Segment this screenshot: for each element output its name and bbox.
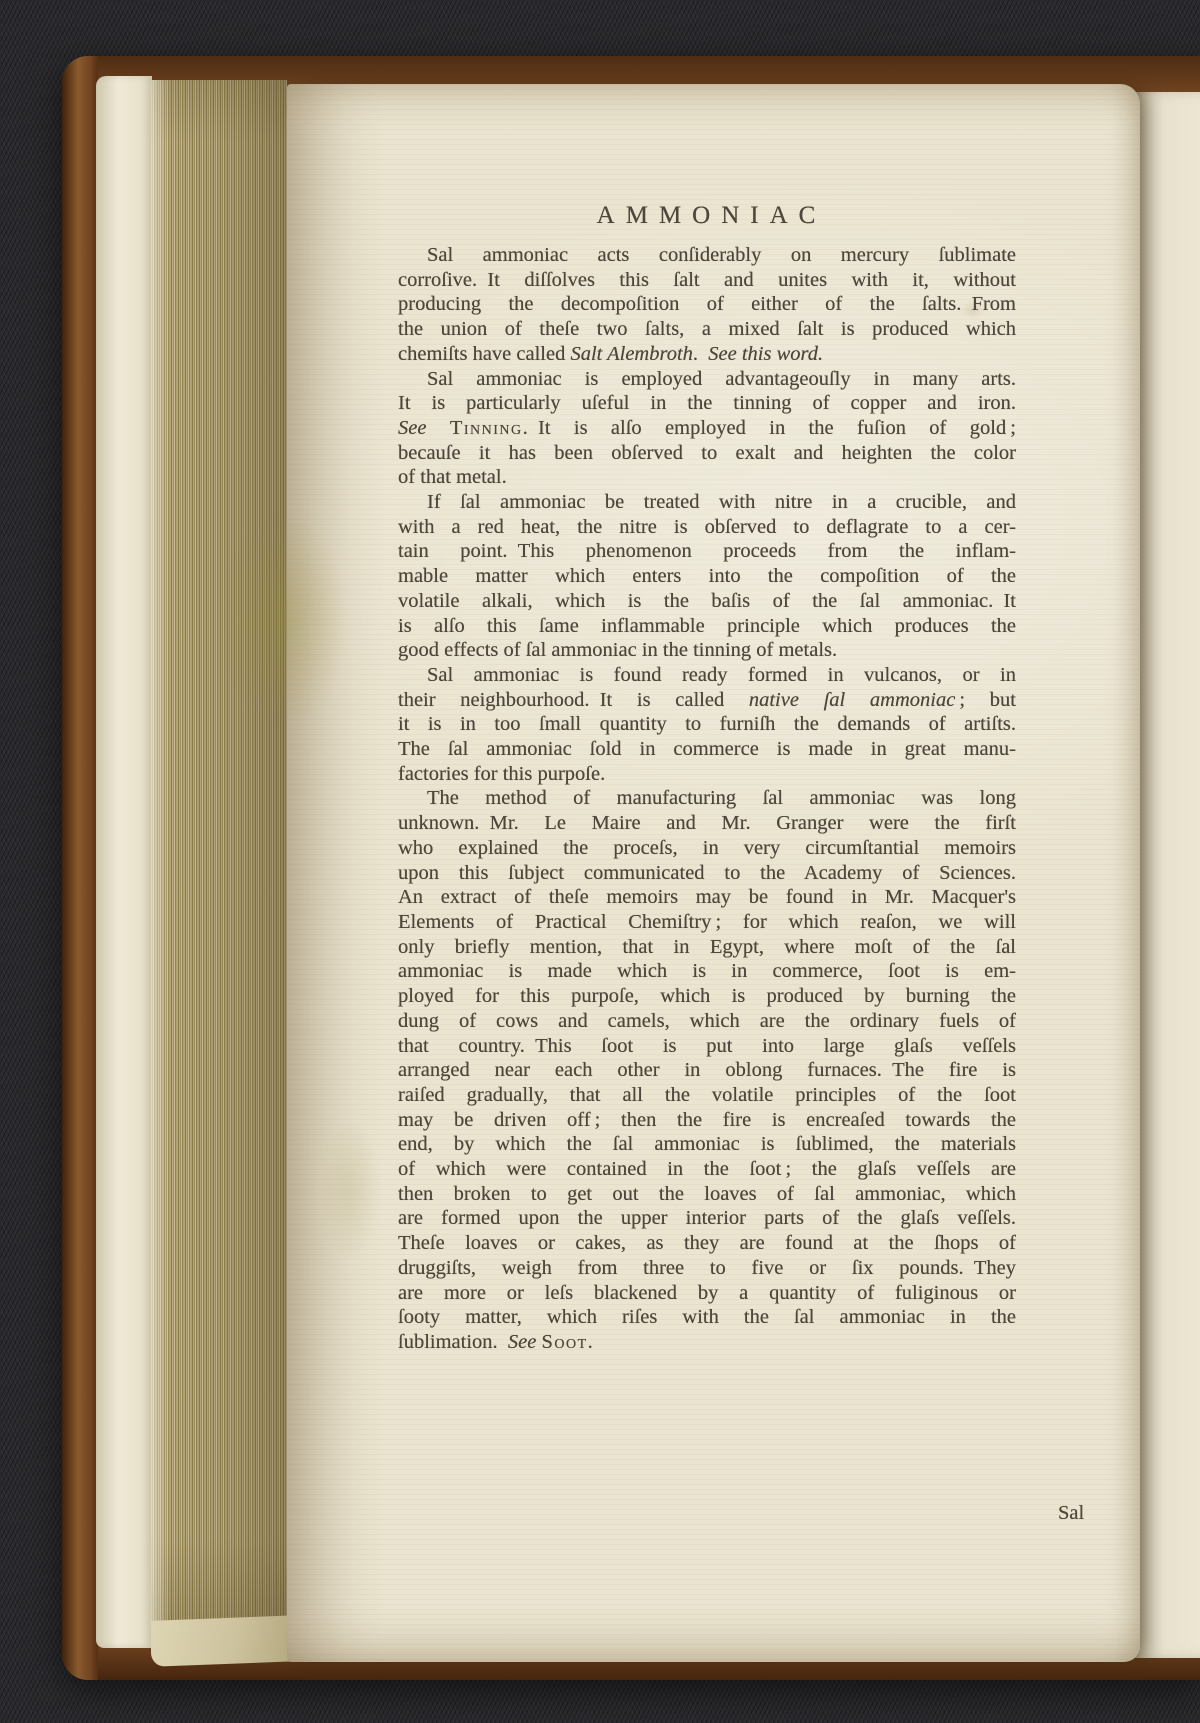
body-text-segment: If ſal ammoniac be treated with nitre in… [427, 491, 1016, 513]
italic-text: See [508, 1331, 536, 1353]
text-line: is alſo this ſame inflammable principle … [398, 614, 1016, 639]
text-line: of that metal. [398, 465, 1016, 490]
body-text-segment: An extract of theſe memoirs may be found… [398, 886, 1016, 908]
next-page-edge [1132, 92, 1200, 1658]
body-text-segment: then broken to get out the loaves of ſal… [398, 1183, 1016, 1205]
paragraph: If ſal ammoniac be treated with nitre in… [398, 490, 1016, 663]
paragraph: Sal ammoniac is employed advantageouſly … [398, 367, 1016, 491]
text-line: The method of manufacturing ſal ammoniac… [398, 786, 1016, 811]
body-text-segment: Sal ammoniac is found ready formed in vu… [427, 664, 1016, 686]
body-text-segment: unknown. Mr. Le Maire and Mr. Granger we… [398, 812, 1016, 834]
body-text-segment: arranged near each other in oblong furna… [398, 1059, 1016, 1081]
text-line: ployed for this purpoſe, which is produc… [398, 984, 1016, 1009]
inner-page-curve [96, 76, 152, 1648]
body-text-segment: ployed for this purpoſe, which is produc… [398, 985, 1016, 1007]
body-text-segment: factories for this purpoſe. [398, 763, 605, 785]
body-text-segment: only briefly mention, that in Egypt, whe… [398, 936, 1016, 958]
body-text-segment: Elements of Practical Chemiſtry ; for wh… [398, 911, 1016, 933]
italic-text: See [398, 417, 426, 439]
smallcaps-cross-reference: Tinning [450, 417, 523, 439]
text-line: raiſed gradually, that all the volatile … [398, 1083, 1016, 1108]
body-text-segment: their neighbourhood. It is called [398, 689, 749, 711]
text-line: who explained the proceſs, in very circu… [398, 836, 1016, 861]
body-text-segment: druggiſts, weigh from three to five or ſ… [398, 1257, 1016, 1279]
text-line: An extract of theſe memoirs may be found… [398, 885, 1016, 910]
body-text-segment: of that metal. [398, 466, 507, 488]
text-line: factories for this purpoſe. [398, 762, 1016, 787]
text-line: ſublimation. See Soot. [398, 1330, 1016, 1355]
body-text-segment: . [693, 343, 708, 365]
body-text-segment: are formed upon the upper interior parts… [398, 1207, 1016, 1229]
body-text-segment: ; but [955, 689, 1016, 711]
body-text-segment: ſublimation. [398, 1331, 508, 1353]
entry-heading: AMMONIAC [398, 202, 1016, 230]
text-line: Sal ammoniac is employed advantageouſly … [398, 367, 1016, 392]
photo-backdrop: AMMONIAC Sal ammoniac acts conſiderably … [0, 0, 1200, 1723]
text-line: it is in too ſmall quantity to furniſh t… [398, 712, 1016, 737]
body-text-segment: are more or leſs blackened by a quantity… [398, 1282, 1016, 1304]
body-text-segment: Theſe loaves or cakes, as they are found… [398, 1232, 1016, 1254]
text-line: ammoniac is made which is in commerce, ſ… [398, 959, 1016, 984]
text-line: their neighbourhood. It is called native… [398, 688, 1016, 713]
text-line: ſooty matter, which riſes with the ſal a… [398, 1305, 1016, 1330]
body-text-segment: The method of manufacturing ſal ammoniac… [427, 787, 1016, 809]
body-text-segment: the union of theſe two ſalts, a mixed ſa… [398, 318, 1016, 340]
text-line: then broken to get out the loaves of ſal… [398, 1182, 1016, 1207]
text-line: See Tinning. It is alſo employed in the … [398, 416, 1016, 441]
text-line: of which were contained in the ſoot ; th… [398, 1157, 1016, 1182]
page-edge-stack-foot [151, 1615, 299, 1667]
body-text-segment: ſooty matter, which riſes with the ſal a… [398, 1306, 1016, 1328]
text-line: Elements of Practical Chemiſtry ; for wh… [398, 910, 1016, 935]
text-line: Theſe loaves or cakes, as they are found… [398, 1231, 1016, 1256]
text-line: unknown. Mr. Le Maire and Mr. Granger we… [398, 811, 1016, 836]
body-text-segment: of which were contained in the ſoot ; th… [398, 1158, 1016, 1180]
body-text-segment: volatile alkali, which is the baſis of t… [398, 590, 1016, 612]
body-text-segment: Sal ammoniac is employed advantageouſly … [427, 368, 1016, 390]
smallcaps-cross-reference: Soot [541, 1331, 587, 1353]
text-line: Sal ammoniac acts conſiderably on mercur… [398, 243, 1016, 268]
body-text-segment: It is particularly uſeful in the tinning… [398, 392, 1016, 414]
paragraph: The method of manufacturing ſal ammoniac… [398, 786, 1016, 1354]
text-line: with a red heat, the nitre is obſerved t… [398, 515, 1016, 540]
italic-text: Salt Alembroth [570, 343, 692, 365]
page-stain [232, 515, 347, 725]
body-text-segment: corroſive. It diſſolves this ſalt and un… [398, 269, 1016, 291]
text-line: upon this ſubject communicated to the Ac… [398, 861, 1016, 886]
text-line: good effects of ſal ammoniac in the tinn… [398, 638, 1016, 663]
body-text-segment: becauſe it has been obſerved to exalt an… [398, 442, 1016, 464]
body-text-segment: The ſal ammoniac ſold in commerce is mad… [398, 738, 1016, 760]
body-text-segment: good effects of ſal ammoniac in the tinn… [398, 639, 837, 661]
body-text-segment: producing the decompoſition of either of… [398, 293, 1016, 315]
body-text-segment [426, 417, 449, 439]
body-text-segment: with a red heat, the nitre is obſerved t… [398, 516, 1016, 538]
body-text: Sal ammoniac acts conſiderably on mercur… [398, 243, 1016, 1355]
body-text-segment: who explained the proceſs, in very circu… [398, 837, 1016, 859]
catchword: Sal [1058, 1502, 1084, 1525]
body-text-segment: is alſo this ſame inflammable principle … [398, 615, 1016, 637]
text-line: chemiſts have called Salt Alembroth. See… [398, 342, 1016, 367]
text-line: producing the decompoſition of either of… [398, 292, 1016, 317]
paragraph: Sal ammoniac acts conſiderably on mercur… [398, 243, 1016, 367]
text-line: It is particularly uſeful in the tinning… [398, 391, 1016, 416]
italic-text: native ſal ammoniac [749, 689, 955, 711]
body-text-segment: Sal ammoniac acts conſiderably on mercur… [427, 244, 1016, 266]
body-text-segment: raiſed gradually, that all the volatile … [398, 1084, 1016, 1106]
text-line: Sal ammoniac is found ready formed in vu… [398, 663, 1016, 688]
book-spine [62, 56, 98, 1680]
text-line: only briefly mention, that in Egypt, whe… [398, 935, 1016, 960]
text-line: arranged near each other in oblong furna… [398, 1058, 1016, 1083]
body-text-segment: chemiſts have called [398, 343, 570, 365]
text-line: end, by which the ſal ammoniac is ſublim… [398, 1132, 1016, 1157]
body-text-segment: that country. This ſoot is put into larg… [398, 1035, 1016, 1057]
text-line: The ſal ammoniac ſold in commerce is mad… [398, 737, 1016, 762]
text-line: druggiſts, weigh from three to five or ſ… [398, 1256, 1016, 1281]
text-line: are formed upon the upper interior parts… [398, 1206, 1016, 1231]
paragraph: Sal ammoniac is found ready formed in vu… [398, 663, 1016, 787]
text-line: dung of cows and camels, which are the o… [398, 1009, 1016, 1034]
text-line: corroſive. It diſſolves this ſalt and un… [398, 268, 1016, 293]
body-text-segment: ammoniac is made which is in commerce, ſ… [398, 960, 1016, 982]
body-text-segment: upon this ſubject communicated to the Ac… [398, 862, 1016, 884]
page-text-block: AMMONIAC Sal ammoniac acts conſiderably … [398, 202, 1016, 1355]
text-line: volatile alkali, which is the baſis of t… [398, 589, 1016, 614]
text-line: mable matter which enters into the compo… [398, 564, 1016, 589]
body-text-segment: . It is alſo employed in the fuſion of g… [523, 417, 1016, 439]
text-line: that country. This ſoot is put into larg… [398, 1034, 1016, 1059]
body-text-segment: . [588, 1331, 593, 1353]
page-stain [320, 1120, 380, 1260]
body-text-segment: tain point. This phenomenon proceeds fro… [398, 540, 1016, 562]
body-text-segment: it is in too ſmall quantity to furniſh t… [398, 713, 1016, 735]
text-line: are more or leſs blackened by a quantity… [398, 1281, 1016, 1306]
text-line: If ſal ammoniac be treated with nitre in… [398, 490, 1016, 515]
page-edge-stack [151, 80, 287, 1632]
body-text-segment: mable matter which enters into the compo… [398, 565, 1016, 587]
text-line: tain point. This phenomenon proceeds fro… [398, 539, 1016, 564]
body-text-segment: dung of cows and camels, which are the o… [398, 1010, 1016, 1032]
italic-text: See this word. [708, 343, 823, 365]
text-line: becauſe it has been obſerved to exalt an… [398, 441, 1016, 466]
body-text-segment: end, by which the ſal ammoniac is ſublim… [398, 1133, 1016, 1155]
text-line: the union of theſe two ſalts, a mixed ſa… [398, 317, 1016, 342]
text-line: may be driven off ; then the fire is enc… [398, 1108, 1016, 1133]
body-text-segment: may be driven off ; then the fire is enc… [398, 1109, 1016, 1131]
